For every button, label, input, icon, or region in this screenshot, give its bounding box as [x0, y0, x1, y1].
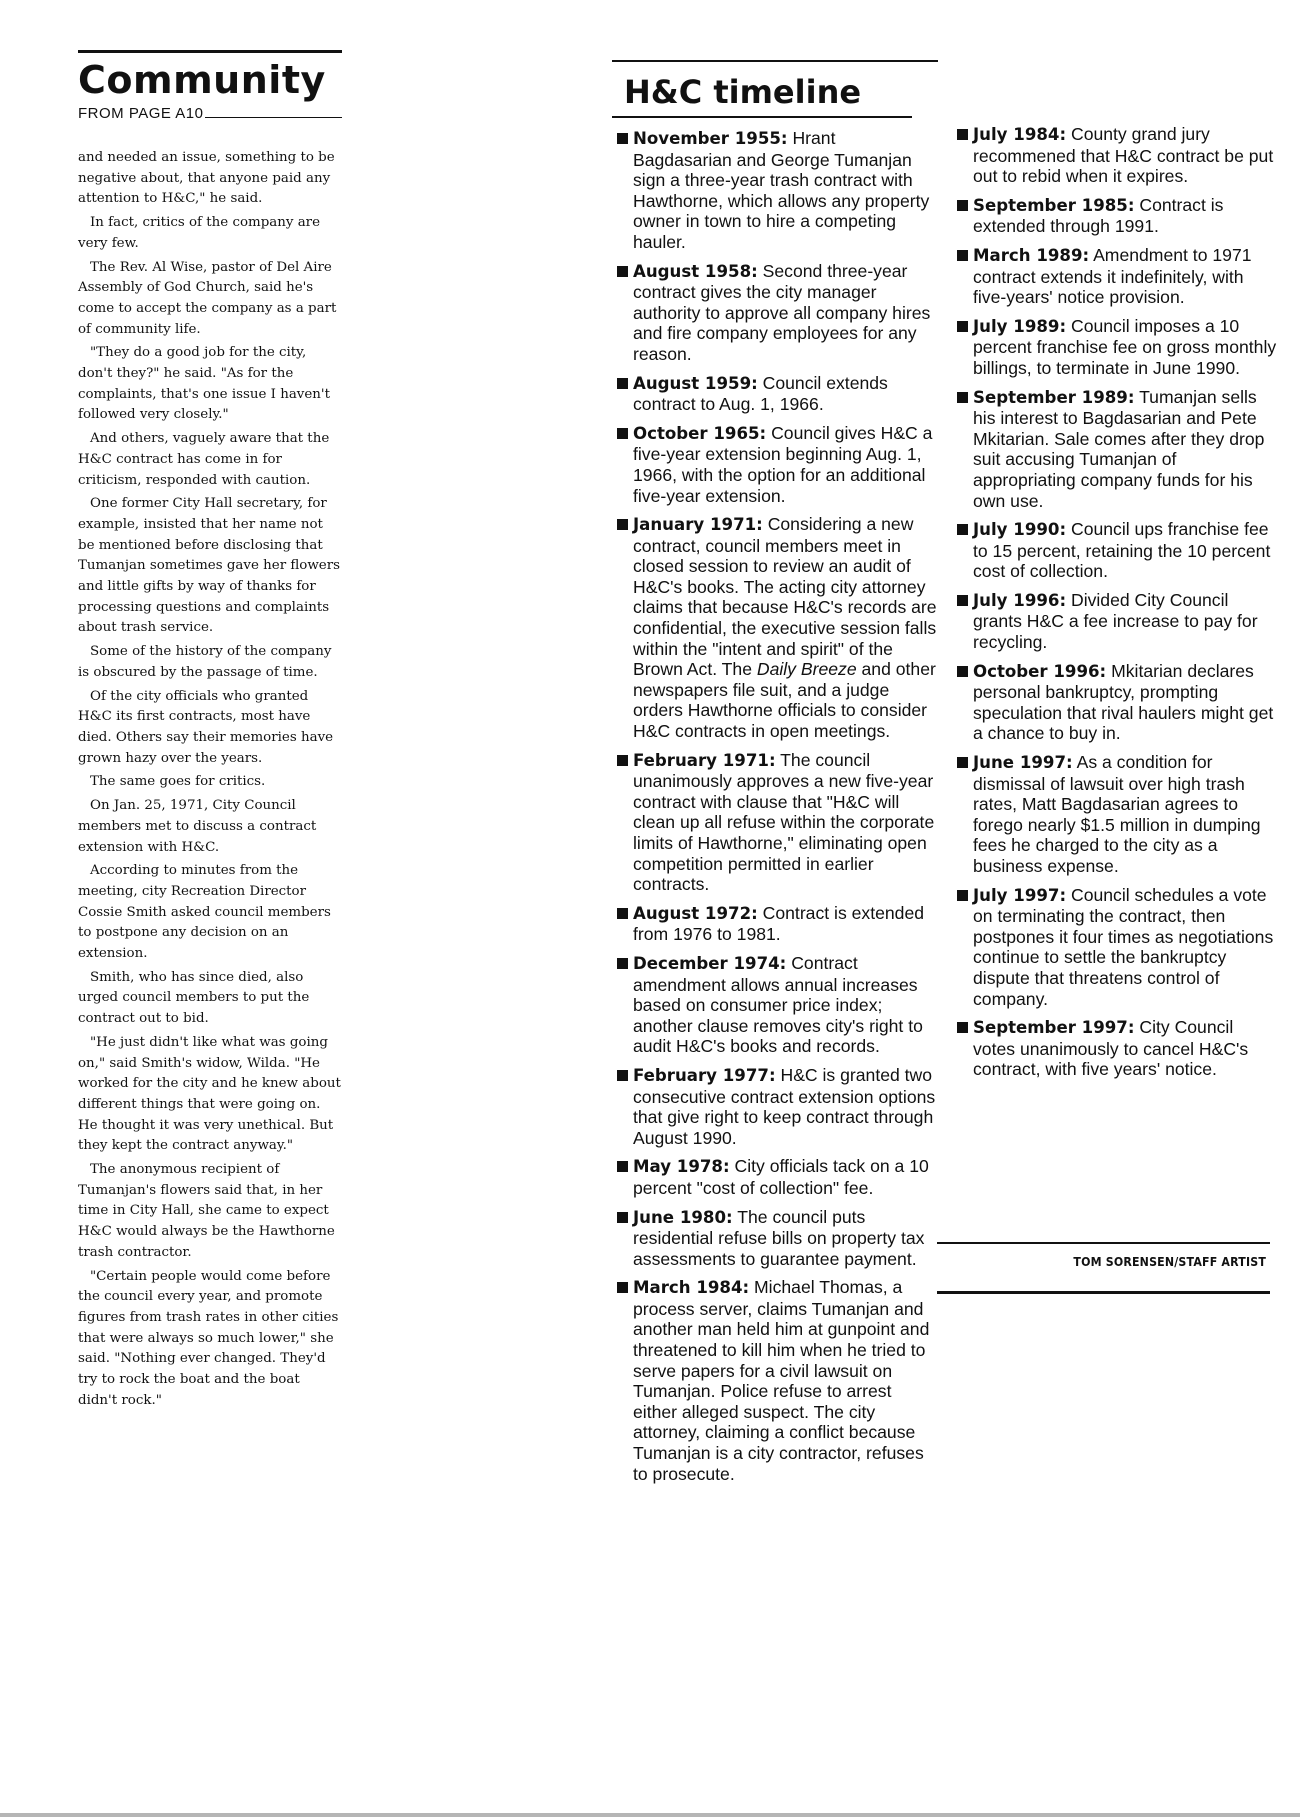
- entry-date: September 1989:: [973, 388, 1134, 407]
- timeline-entry: July 1990: Council ups franchise fee to …: [957, 519, 1277, 582]
- entry-date: May 1978:: [633, 1157, 730, 1176]
- article-paragraph: "They do a good job for the city, don't …: [78, 343, 342, 426]
- article-paragraph: "Certain people would come before the co…: [78, 1267, 342, 1412]
- timeline-entry: February 1977: H&C is granted two consec…: [617, 1065, 937, 1148]
- entry-date: March 1989:: [973, 246, 1089, 265]
- square-bullet-icon: [957, 250, 968, 261]
- square-bullet-icon: [957, 392, 968, 403]
- square-bullet-icon: [957, 524, 968, 535]
- entry-date: August 1972:: [633, 904, 758, 923]
- entry-date: September 1985:: [973, 196, 1134, 215]
- entry-date: June 1980:: [633, 1208, 733, 1227]
- article-paragraph: "He just didn't like what was going on,"…: [78, 1033, 342, 1157]
- article-paragraph: And others, vaguely aware that the H&C c…: [78, 429, 342, 491]
- article-paragraph: The anonymous recipient of Tumanjan's fl…: [78, 1160, 342, 1264]
- entry-date: August 1959:: [633, 374, 758, 393]
- jump-line-label: FROM PAGE A10: [78, 105, 203, 122]
- timeline-entry: January 1971: Considering a new contract…: [617, 514, 937, 742]
- article-paragraph: The Rev. Al Wise, pastor of Del Aire Ass…: [78, 258, 342, 341]
- entry-date: October 1965:: [633, 424, 766, 443]
- entry-date: November 1955:: [633, 129, 788, 148]
- entry-date: July 1984:: [973, 125, 1066, 144]
- newspaper-name: Daily Breeze: [757, 659, 857, 679]
- entry-date: December 1974:: [633, 954, 786, 973]
- square-bullet-icon: [617, 428, 628, 439]
- square-bullet-icon: [617, 1161, 628, 1172]
- entry-date: June 1997:: [973, 753, 1073, 772]
- timeline-entry: March 1989: Amendment to 1971 contract e…: [957, 245, 1277, 308]
- timeline-column-left: November 1955: Hrant Bagdasarian and Geo…: [617, 128, 937, 1492]
- timeline-entry: August 1972: Contract is extended from 1…: [617, 903, 937, 945]
- entry-text-part: Considering a new contract, council memb…: [633, 514, 937, 679]
- entry-date: March 1984:: [633, 1278, 749, 1297]
- jump-line: FROM PAGE A10: [78, 105, 342, 122]
- square-bullet-icon: [617, 908, 628, 919]
- timeline-entry: March 1984: Michael Thomas, a process se…: [617, 1277, 937, 1484]
- timeline-entry: June 1980: The council puts residential …: [617, 1207, 937, 1270]
- timeline-entry: September 1997: City Council votes unani…: [957, 1017, 1277, 1080]
- artist-credit: TOM SORENSEN/STAFF ARTIST: [976, 1254, 1266, 1269]
- square-bullet-icon: [617, 755, 628, 766]
- community-article-column: Community FROM PAGE A10 and needed an is…: [78, 50, 342, 1414]
- article-paragraph: Some of the history of the company is ob…: [78, 642, 342, 683]
- entry-text: The council unanimously approves a new f…: [633, 750, 934, 895]
- square-bullet-icon: [957, 129, 968, 140]
- timeline-entry: August 1959: Council extends contract to…: [617, 373, 937, 415]
- timeline-entry: June 1997: As a condition for dismissal …: [957, 752, 1277, 877]
- entry-date: August 1958:: [633, 262, 758, 281]
- square-bullet-icon: [957, 321, 968, 332]
- square-bullet-icon: [957, 1022, 968, 1033]
- credit-bottom-rule: [937, 1291, 1270, 1294]
- credit-top-rule: [937, 1242, 1270, 1244]
- entry-date: July 1989:: [973, 317, 1066, 336]
- timeline-entry: July 1984: County grand jury recommened …: [957, 124, 1277, 187]
- timeline-entry: October 1965: Council gives H&C a five-y…: [617, 423, 937, 506]
- article-paragraph: and needed an issue, something to be neg…: [78, 148, 342, 210]
- square-bullet-icon: [617, 378, 628, 389]
- square-bullet-icon: [957, 890, 968, 901]
- square-bullet-icon: [957, 595, 968, 606]
- square-bullet-icon: [617, 266, 628, 277]
- scan-bottom-edge: [0, 1813, 1300, 1817]
- timeline-entry: July 1989: Council imposes a 10 percent …: [957, 316, 1277, 379]
- entry-date: July 1996:: [973, 591, 1066, 610]
- timeline-column-right: July 1984: County grand jury recommened …: [957, 124, 1277, 1088]
- timeline-entry: September 1985: Contract is extended thr…: [957, 195, 1277, 237]
- entry-date: July 1990:: [973, 520, 1066, 539]
- timeline-title: H&C timeline: [624, 72, 938, 112]
- square-bullet-icon: [617, 958, 628, 969]
- section-title: Community: [78, 57, 342, 103]
- timeline-entry: August 1958: Second three-year contract …: [617, 261, 937, 365]
- entry-date: February 1977:: [633, 1066, 776, 1085]
- article-paragraph: According to minutes from the meeting, c…: [78, 861, 342, 965]
- entry-date: January 1971:: [633, 515, 763, 534]
- square-bullet-icon: [617, 519, 628, 530]
- article-paragraph: Smith, who has since died, also urged co…: [78, 968, 342, 1030]
- timeline-title-underline: [612, 116, 912, 118]
- timeline-entry: September 1989: Tumanjan sells his inter…: [957, 387, 1277, 512]
- timeline-entry: October 1996: Mkitarian declares persona…: [957, 661, 1277, 744]
- section-top-rule: [78, 50, 342, 53]
- timeline-top-rule: [612, 60, 938, 62]
- jump-line-rule: [205, 117, 342, 118]
- timeline-header: H&C timeline: [612, 60, 938, 118]
- timeline-entry: December 1974: Contract amendment allows…: [617, 953, 937, 1057]
- timeline-entry: July 1997: Council schedules a vote on t…: [957, 885, 1277, 1010]
- article-paragraph: The same goes for critics.: [78, 772, 342, 793]
- square-bullet-icon: [617, 1282, 628, 1293]
- timeline-entry: July 1996: Divided City Council grants H…: [957, 590, 1277, 653]
- entry-date: September 1997:: [973, 1018, 1134, 1037]
- entry-date: February 1971:: [633, 751, 776, 770]
- newspaper-page: Community FROM PAGE A10 and needed an is…: [0, 0, 1300, 1817]
- timeline-entry: February 1971: The council unanimously a…: [617, 750, 937, 895]
- square-bullet-icon: [957, 200, 968, 211]
- graphic-credit: TOM SORENSEN/STAFF ARTIST: [937, 1242, 1270, 1294]
- article-paragraph: On Jan. 25, 1971, City Council members m…: [78, 796, 342, 858]
- square-bullet-icon: [957, 666, 968, 677]
- article-paragraph: In fact, critics of the company are very…: [78, 213, 342, 254]
- square-bullet-icon: [617, 1212, 628, 1223]
- article-paragraph: One former City Hall secretary, for exam…: [78, 494, 342, 639]
- timeline-entry: May 1978: City officials tack on a 10 pe…: [617, 1156, 937, 1198]
- square-bullet-icon: [617, 133, 628, 144]
- entry-date: October 1996:: [973, 662, 1106, 681]
- square-bullet-icon: [957, 757, 968, 768]
- timeline-entry: November 1955: Hrant Bagdasarian and Geo…: [617, 128, 937, 253]
- article-body: and needed an issue, something to be neg…: [78, 148, 342, 1411]
- entry-date: July 1997:: [973, 886, 1066, 905]
- article-paragraph: Of the city officials who granted H&C it…: [78, 687, 342, 770]
- square-bullet-icon: [617, 1070, 628, 1081]
- entry-text: Considering a new contract, council memb…: [633, 514, 937, 741]
- entry-text: Michael Thomas, a process server, claims…: [633, 1277, 929, 1483]
